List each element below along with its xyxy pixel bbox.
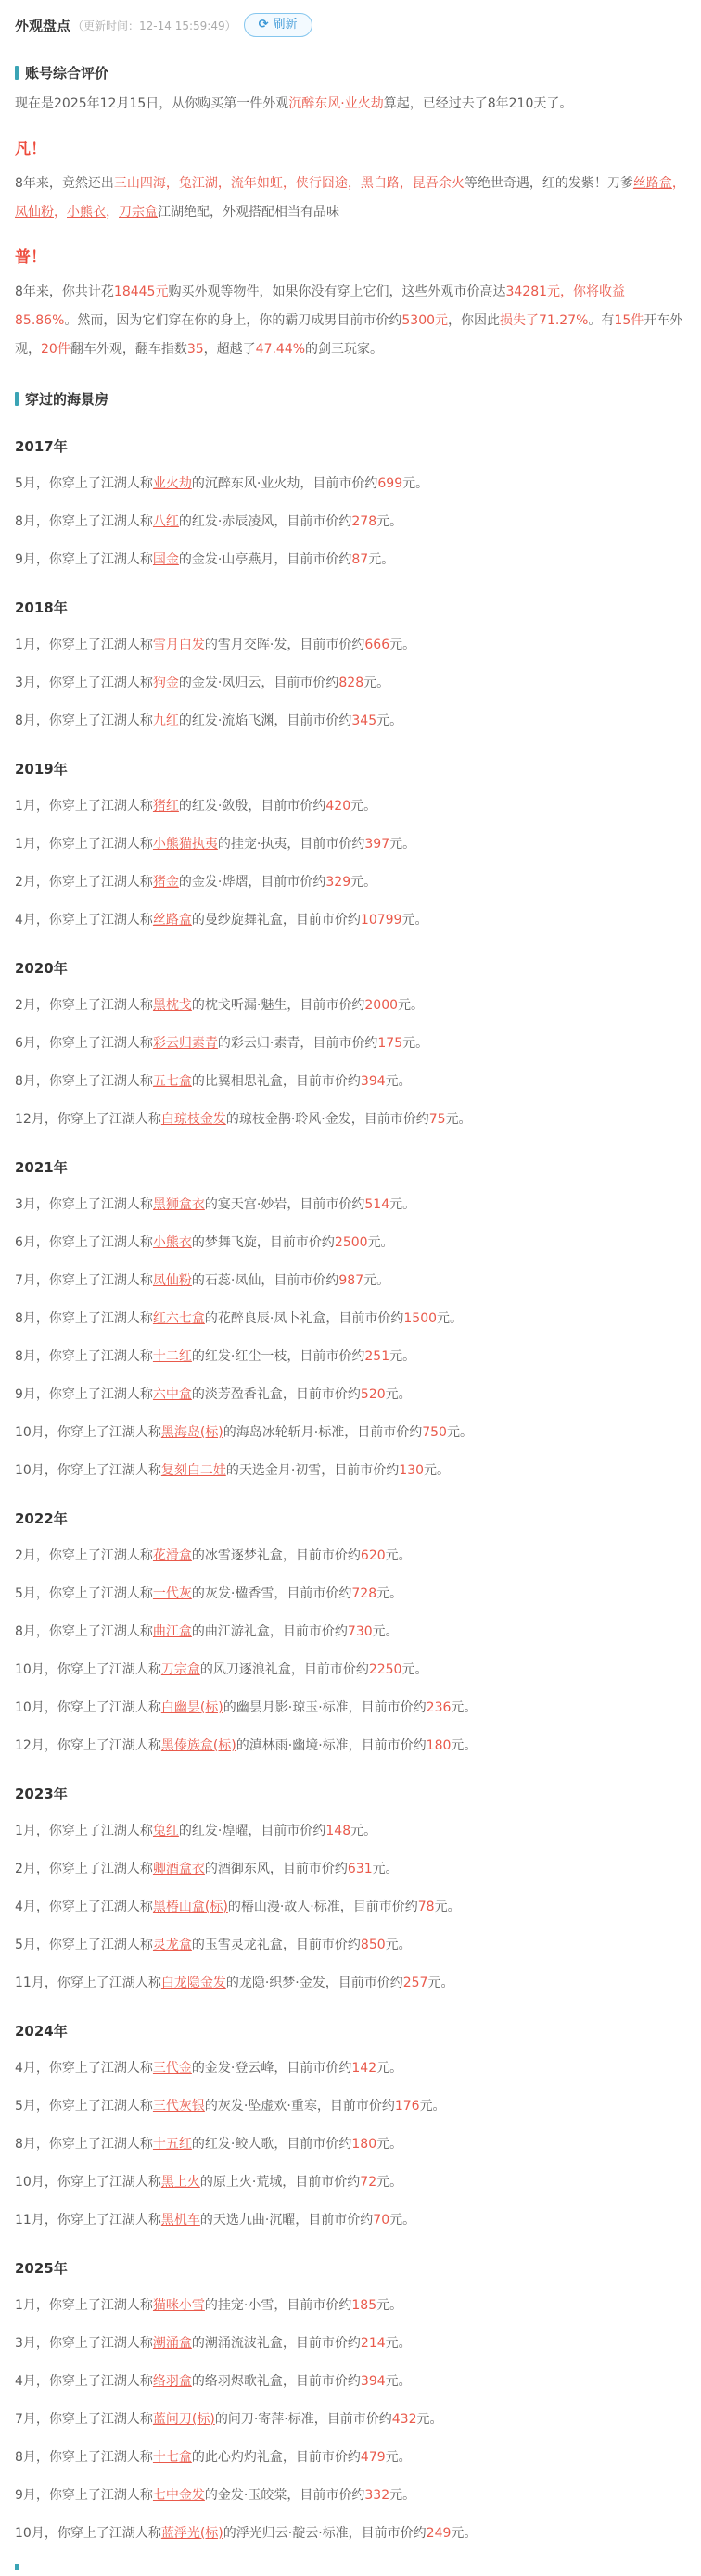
wardrobe-entry: 6月，你穿上了江湖人称彩云归素青的彩云归·素青，目前市价约175元。: [15, 1034, 686, 1054]
text: 9月，你穿上了江湖人称: [15, 1387, 153, 1402]
text: 的挂宠·小雪，目前市价约: [205, 2298, 351, 2313]
price-value: 142: [351, 2061, 376, 2076]
price-value: 420: [325, 799, 350, 814]
wardrobe-entry: 4月，你穿上了江湖人称黑椿山盒(标)的椿山漫·故人·标准，目前市价约78元。: [15, 1898, 686, 1917]
price-value: 214: [361, 2336, 386, 2351]
text: 3月，你穿上了江湖人称: [15, 1197, 153, 1212]
text: 的花醉良辰·凤卜礼盒，目前市价约: [205, 1311, 403, 1326]
text: 10月，你穿上了江湖人称: [15, 1662, 161, 1677]
price-value: 87: [351, 552, 368, 567]
evaluation-body: 现在是2025年12月15日，从你购买第一件外观沉醉东风·业火劫算起，已经过去了…: [15, 90, 686, 363]
price-value: 394: [361, 1074, 386, 1089]
text: 的红发·赤辰凌风，目前市价约: [179, 514, 351, 529]
text: 元。: [363, 676, 389, 690]
next-section-cutoff: [15, 2564, 686, 2570]
highlight-text: ，: [54, 205, 67, 220]
section-bar-icon: [15, 392, 19, 406]
text: 的天选金月·初雪，目前市价约: [226, 1463, 399, 1478]
text: 元。: [373, 1862, 399, 1876]
nickname-link[interactable]: 七中金发: [153, 2488, 205, 2503]
price-value: 329: [325, 875, 350, 890]
appearance-report-page: 外观盘点 （更新时间：12-14 15:59:49） ⟳ 刷新 账号综合评价 现…: [0, 0, 701, 2576]
nickname-link[interactable]: 络羽盒: [153, 2374, 192, 2389]
text: 元。: [386, 2336, 412, 2351]
nickname-link[interactable]: 三代金: [153, 2061, 192, 2076]
price-value: 1500: [403, 1311, 437, 1326]
text: 元。: [435, 1900, 461, 1914]
text: 6月，你穿上了江湖人称: [15, 1235, 153, 1250]
highlight-text: ，: [106, 205, 119, 220]
nickname-link[interactable]: 复刻白二娃: [161, 1463, 226, 1478]
price-value: 75: [429, 1112, 446, 1127]
wardrobe-entry: 9月，你穿上了江湖人称六中盒的淡芳盈香礼盒，目前市价约520元。: [15, 1385, 686, 1405]
text: 8月，你穿上了江湖人称: [15, 2450, 153, 2465]
evaluation-paragraph: 8年来，竟然还出三山四海，兔江湖，流年如虹，侠行囧途，黑白路，昆吾余火等绝世奇遇…: [15, 170, 686, 227]
text: 元。: [424, 1463, 450, 1478]
text: 4月，你穿上了江湖人称: [15, 2374, 153, 2389]
item-link[interactable]: 刀宗盒: [119, 205, 158, 220]
text: 元。: [389, 638, 415, 652]
text: 的红发·敛殷，目前市价约: [179, 799, 325, 814]
text: 的海岛冰轮斩月·标准，目前市价约: [223, 1425, 422, 1440]
refresh-button[interactable]: ⟳ 刷新: [244, 13, 312, 37]
wardrobe-entry: 8月，你穿上了江湖人称十二红的红发·红尘一枝，目前市价约251元。: [15, 1347, 686, 1367]
text: 的浮光归云·靛云·标准，目前市价约: [223, 2526, 427, 2541]
nickname-link[interactable]: 五七盒: [153, 1074, 192, 1089]
year-heading: 2022年: [15, 1509, 686, 1528]
text: 的彩云归·素青，目前市价约: [218, 1036, 377, 1051]
nickname-link[interactable]: 白龙隐金发: [161, 1976, 226, 1990]
nickname-link[interactable]: 丝路盒: [153, 913, 192, 928]
wardrobe-entry: 2月，你穿上了江湖人称卿酒盒衣的酒御东风，目前市价约631元。: [15, 1860, 686, 1879]
text: 现在是2025年12月15日，从你购买第一件外观: [15, 96, 288, 111]
price-value: 2500: [335, 1235, 368, 1250]
nickname-link[interactable]: 九红: [153, 713, 179, 728]
wardrobe-entry: 8月，你穿上了江湖人称五七盒的比翼相思礼盒，目前市价约394元。: [15, 1072, 686, 1092]
text: 元。: [451, 1738, 477, 1753]
text: 元。: [386, 1074, 412, 1089]
price-value: 432: [392, 2412, 417, 2427]
price-value: 520: [361, 1387, 386, 1402]
text: 2月，你穿上了江湖人称: [15, 1548, 153, 1563]
text: 翻车外观，翻车指数: [70, 342, 187, 357]
section-title-wardrobe: 穿过的海景房: [15, 389, 686, 409]
price-value: 332: [364, 2488, 389, 2503]
text: 8月，你穿上了江湖人称: [15, 1349, 153, 1364]
text: 的原上火·荒城，目前市价约: [200, 2175, 360, 2190]
nickname-link[interactable]: 白琼枝金发: [161, 1112, 226, 1127]
text: 元。: [368, 1235, 394, 1250]
nickname-link[interactable]: 灵龙盒: [153, 1938, 192, 1952]
text: 元。: [386, 2450, 412, 2465]
text: 元。: [389, 2488, 415, 2503]
wardrobe-entry: 5月，你穿上了江湖人称一代灰的灰发·楹香雪，目前市价约728元。: [15, 1585, 686, 1604]
text: 的沉醉东风·业火劫，目前市价约: [192, 476, 377, 491]
nickname-link[interactable]: 黑上火: [161, 2175, 200, 2190]
text: 的石蕊·凤仙，目前市价约: [192, 1273, 338, 1288]
text: 的宴天宫·妙岩，目前市价约: [205, 1197, 364, 1212]
wardrobe-entry: 9月，你穿上了江湖人称国金的金发·山亭燕月，目前市价约87元。: [15, 550, 686, 570]
nickname-link[interactable]: 国金: [153, 552, 179, 567]
section-bar-icon: [15, 2564, 19, 2570]
text: 10月，你穿上了江湖人称: [15, 2526, 161, 2541]
page-title: 外观盘点: [15, 16, 70, 35]
wardrobe-entry: 1月，你穿上了江湖人称兔红的红发·煌曜，目前市价约148元。: [15, 1822, 686, 1841]
wardrobe-entry: 8月，你穿上了江湖人称红六七盒的花醉良辰·凤卜礼盒，目前市价约1500元。: [15, 1309, 686, 1329]
nickname-link[interactable]: 凤仙粉: [153, 1273, 192, 1288]
wardrobe-entry: 12月，你穿上了江湖人称白琼枝金发的琼枝金鹊·聆风·金发，目前市价约75元。: [15, 1110, 686, 1130]
text: 元。: [389, 1349, 415, 1364]
text: 的红发·红尘一枝，目前市价约: [192, 1349, 364, 1364]
price-value: 72: [360, 2175, 376, 2190]
nickname-link[interactable]: 狗金: [153, 676, 179, 690]
evaluation-paragraph: 8年来，你共计花18445元购买外观等物件，如果你没有穿上它们，这些外观市价高达…: [15, 278, 686, 363]
text: 的灰发·楹香雪，目前市价约: [192, 1586, 351, 1601]
text: 12月，你穿上了江湖人称: [15, 1738, 161, 1753]
price-value: 176: [395, 2099, 420, 2114]
price-value: 251: [364, 1349, 389, 1364]
text: 的酒御东风，目前市价约: [205, 1862, 348, 1876]
text: 购买外观等物件，如果你没有穿上它们，这些外观市价高达: [168, 284, 505, 299]
nickname-link[interactable]: 八红: [153, 514, 179, 529]
nickname-link[interactable]: 蓝问刀(标): [153, 2412, 215, 2427]
nickname-link[interactable]: 十五红: [153, 2137, 192, 2152]
page-header: 外观盘点 （更新时间：12-14 15:59:49） ⟳ 刷新: [15, 13, 686, 37]
text: 8月，你穿上了江湖人称: [15, 1624, 153, 1639]
text: 的冰雪逐梦礼盒，目前市价约: [192, 1548, 361, 1563]
price-value: 257: [403, 1976, 428, 1990]
year-heading: 2017年: [15, 436, 686, 456]
price-value: 514: [364, 1197, 389, 1212]
text: 元。: [398, 998, 424, 1013]
price-value: 750: [422, 1425, 447, 1440]
text: 元。: [389, 2213, 415, 2228]
wardrobe-entry: 7月，你穿上了江湖人称凤仙粉的石蕊·凤仙，目前市价约987元。: [15, 1271, 686, 1291]
text: 8月，你穿上了江湖人称: [15, 1074, 153, 1089]
nickname-link[interactable]: 蓝浮光(标): [161, 2526, 223, 2541]
highlight-text: 18445元: [114, 284, 169, 299]
text: 元。: [350, 799, 376, 814]
price-value: 631: [348, 1862, 373, 1876]
wardrobe-entry: 9月，你穿上了江湖人称七中金发的金发·玉皎棠，目前市价约332元。: [15, 2486, 686, 2506]
text: 2月，你穿上了江湖人称: [15, 998, 153, 1013]
highlight-text: 47.44%: [256, 342, 305, 357]
wardrobe-entry: 3月，你穿上了江湖人称潮涌盒的潮涌流波礼盒，目前市价约214元。: [15, 2334, 686, 2354]
text: 的潮涌流波礼盒，目前市价约: [192, 2336, 361, 2351]
year-heading: 2025年: [15, 2258, 686, 2278]
text: 8年来，你共计花: [15, 284, 114, 299]
text: 元。: [437, 1311, 463, 1326]
text: 元。: [420, 2099, 446, 2114]
text: 元。: [386, 1387, 412, 1402]
price-value: 345: [351, 713, 376, 728]
item-link[interactable]: 凤仙粉: [15, 205, 54, 220]
text: 元。: [386, 1938, 412, 1952]
text: 的金发·凤归云，目前市价约: [179, 676, 338, 690]
highlight-text: 5300元: [401, 313, 448, 328]
price-value: 249: [427, 2526, 452, 2541]
section-title-evaluation: 账号综合评价: [15, 63, 686, 82]
price-value: 10799: [361, 913, 402, 928]
wardrobe-entry: 8月，你穿上了江湖人称九红的红发·流焰飞渊，目前市价约345元。: [15, 712, 686, 731]
text: 的金发·烨熠，目前市价约: [179, 875, 325, 890]
text: 元。: [417, 2412, 443, 2427]
text: 元。: [389, 1197, 415, 1212]
wardrobe-entry: 11月，你穿上了江湖人称黑机车的天选九曲·沉曜，目前市价约70元。: [15, 2211, 686, 2230]
wardrobe-entry: 8月，你穿上了江湖人称十七盒的此心灼灼礼盒，目前市价约479元。: [15, 2448, 686, 2468]
year-heading: 2018年: [15, 598, 686, 617]
text: 6月，你穿上了江湖人称: [15, 1036, 153, 1051]
price-value: 479: [361, 2450, 386, 2465]
wardrobe-entry: 2月，你穿上了江湖人称花滑盒的冰雪逐梦礼盒，目前市价约620元。: [15, 1547, 686, 1566]
text: 元。: [373, 1624, 399, 1639]
wardrobe-entry: 4月，你穿上了江湖人称三代金的金发·登云峰，目前市价约142元。: [15, 2059, 686, 2078]
text: 的金发·登云峰，目前市价约: [192, 2061, 351, 2076]
text: 算起，已经过去了8年210天了。: [384, 96, 573, 111]
text: 5月，你穿上了江湖人称: [15, 2099, 153, 2114]
nickname-link[interactable]: 猪红: [153, 799, 179, 814]
section-bar-icon: [15, 66, 19, 80]
text: 9月，你穿上了江湖人称: [15, 552, 153, 567]
wardrobe-entry: 2月，你穿上了江湖人称黑枕戈的枕戈听漏·魅生，目前市价约2000元。: [15, 996, 686, 1016]
wardrobe-entry: 5月，你穿上了江湖人称灵龙盒的玉雪灵龙礼盒，目前市价约850元。: [15, 1936, 686, 1955]
text: 元。: [363, 1273, 389, 1288]
text: 的玉雪灵龙礼盒，目前市价约: [192, 1938, 361, 1952]
text: 的曼纱旋舞礼盒，目前市价约: [192, 913, 361, 928]
nickname-link[interactable]: 猫咪小雪: [153, 2298, 205, 2313]
refresh-icon: ⟳: [259, 17, 269, 33]
wardrobe-entry: 4月，你穿上了江湖人称丝路盒的曼纱旋舞礼盒，目前市价约10799元。: [15, 911, 686, 930]
price-value: 70: [373, 2213, 389, 2228]
item-link[interactable]: 丝路盒: [633, 176, 672, 191]
highlight-text: ，: [672, 176, 685, 191]
price-value: 175: [377, 1036, 402, 1051]
text: 元。: [376, 2061, 402, 2076]
price-value: 2000: [364, 998, 398, 1013]
text: 元。: [446, 1112, 472, 1127]
text: 10月，你穿上了江湖人称: [15, 1425, 161, 1440]
text: 元。: [376, 2298, 402, 2313]
nickname-link[interactable]: 十七盒: [153, 2450, 192, 2465]
text: 的络羽烬歌礼盒，目前市价约: [192, 2374, 361, 2389]
price-value: 699: [377, 476, 402, 491]
grade-shout: 普！: [15, 246, 686, 271]
text: 8月，你穿上了江湖人称: [15, 1311, 153, 1326]
price-value: 180: [427, 1738, 452, 1753]
price-value: 828: [338, 676, 363, 690]
text: 。有: [588, 313, 614, 328]
nickname-link[interactable]: 六中盒: [153, 1387, 192, 1402]
text: 的幽昙月影·琼玉·标准，目前市价约: [223, 1700, 427, 1715]
text: 的灰发·坠虚欢·重寒，目前市价约: [205, 2099, 395, 2114]
text: 3月，你穿上了江湖人称: [15, 2336, 153, 2351]
nickname-link[interactable]: 彩云归素青: [153, 1036, 218, 1051]
nickname-link[interactable]: 一代灰: [153, 1586, 192, 1601]
nickname-link[interactable]: 黑机车: [161, 2213, 200, 2228]
year-heading: 2023年: [15, 1784, 686, 1803]
text: 10月，你穿上了江湖人称: [15, 1700, 161, 1715]
text: 的梦舞飞旋，目前市价约: [192, 1235, 335, 1250]
year-heading: 2019年: [15, 759, 686, 778]
price-value: 730: [348, 1624, 373, 1639]
text: ，超越了: [204, 342, 256, 357]
text: ，你因此: [448, 313, 500, 328]
nickname-link[interactable]: 白幽昙(标): [161, 1700, 223, 1715]
text: 的剑三玩家。: [305, 342, 383, 357]
text: 1月，你穿上了江湖人称: [15, 638, 153, 652]
wardrobe-entry: 8月，你穿上了江湖人称十五红的红发·鲛人歌，目前市价约180元。: [15, 2135, 686, 2154]
text: 的挂宠·执夷，目前市价约: [218, 837, 364, 852]
wardrobe-entry: 10月，你穿上了江湖人称白幽昙(标)的幽昙月影·琼玉·标准，目前市价约236元。: [15, 1698, 686, 1718]
wardrobe-body: 2017年5月，你穿上了江湖人称业火劫的沉醉东风·业火劫，目前市价约699元。8…: [15, 436, 686, 2544]
text: 的红发·流焰飞渊，目前市价约: [179, 713, 351, 728]
text: 的金发·山亭燕月，目前市价约: [179, 552, 351, 567]
highlight-text: 三山四海，兔江湖，流年如虹，侠行囧途，黑白路，昆吾余火: [114, 176, 465, 191]
nickname-link[interactable]: 业火劫: [153, 476, 192, 491]
section-title-evaluation-label: 账号综合评价: [25, 63, 108, 82]
wardrobe-entry: 1月，你穿上了江湖人称猫咪小雪的挂宠·小雪，目前市价约185元。: [15, 2296, 686, 2316]
text: 1月，你穿上了江湖人称: [15, 799, 153, 814]
price-value: 987: [338, 1273, 363, 1288]
price-value: 666: [364, 638, 389, 652]
highlight-text: 35: [187, 342, 204, 357]
wardrobe-entry: 1月，你穿上了江湖人称小熊猫执夷的挂宠·执夷，目前市价约397元。: [15, 835, 686, 854]
nickname-link[interactable]: 花滑盒: [153, 1548, 192, 1563]
text: 2月，你穿上了江湖人称: [15, 875, 153, 890]
nickname-link[interactable]: 猪金: [153, 875, 179, 890]
update-time: （更新时间：12-14 15:59:49）: [72, 18, 236, 33]
text: 元。: [376, 2175, 402, 2190]
price-value: 130: [399, 1463, 424, 1478]
text: 的曲江游礼盒，目前市价约: [192, 1624, 348, 1639]
text: 4月，你穿上了江湖人称: [15, 913, 153, 928]
text: 江湖绝配，外观搭配相当有品味: [158, 205, 339, 220]
text: 4月，你穿上了江湖人称: [15, 1900, 153, 1914]
nickname-link[interactable]: 黑枕戈: [153, 998, 192, 1013]
wardrobe-entry: 7月，你穿上了江湖人称蓝问刀(标)的问刀·寄萍·标准，目前市价约432元。: [15, 2410, 686, 2430]
nickname-link[interactable]: 兔红: [153, 1824, 179, 1838]
text: 的枕戈听漏·魅生，目前市价约: [192, 998, 364, 1013]
price-value: 397: [364, 837, 389, 852]
wardrobe-entry: 10月，你穿上了江湖人称刀宗盒的风刀逐浪礼盒，目前市价约2250元。: [15, 1661, 686, 1680]
wardrobe-entry: 10月，你穿上了江湖人称复刻白二娃的天选金月·初雪，目前市价约130元。: [15, 1461, 686, 1481]
wardrobe-entry: 10月，你穿上了江湖人称蓝浮光(标)的浮光归云·靛云·标准，目前市价约249元。: [15, 2524, 686, 2544]
text: 元。: [401, 913, 427, 928]
price-value: 620: [361, 1548, 386, 1563]
year-heading: 2024年: [15, 2021, 686, 2040]
nickname-link[interactable]: 小熊衣: [153, 1235, 192, 1250]
text: 4月，你穿上了江湖人称: [15, 2061, 153, 2076]
text: 2月，你穿上了江湖人称: [15, 1862, 153, 1876]
text: 3月，你穿上了江湖人称: [15, 676, 153, 690]
text: 11月，你穿上了江湖人称: [15, 2213, 161, 2228]
text: 元。: [376, 1586, 402, 1601]
text: 元。: [401, 1662, 427, 1677]
text: 5月，你穿上了江湖人称: [15, 476, 153, 491]
text: 的红发·煌曜，目前市价约: [179, 1824, 325, 1838]
text: 的金发·玉皎棠，目前市价约: [205, 2488, 364, 2503]
text: 1月，你穿上了江湖人称: [15, 2298, 153, 2313]
text: 5月，你穿上了江湖人称: [15, 1938, 153, 1952]
price-value: 394: [361, 2374, 386, 2389]
text: 元。: [402, 1036, 428, 1051]
nickname-link[interactable]: 刀宗盒: [161, 1662, 200, 1677]
year-heading: 2021年: [15, 1157, 686, 1177]
price-value: 278: [351, 514, 376, 529]
text: 1月，你穿上了江湖人称: [15, 837, 153, 852]
nickname-link[interactable]: 黑狮盒衣: [153, 1197, 205, 1212]
text: 的滇林雨·幽境·标准，目前市价约: [236, 1738, 427, 1753]
evaluation-paragraph: 现在是2025年12月15日，从你购买第一件外观沉醉东风·业火劫算起，已经过去了…: [15, 90, 686, 119]
wardrobe-entry: 10月，你穿上了江湖人称黑海岛(标)的海岛冰轮斩月·标准，目前市价约750元。: [15, 1423, 686, 1443]
highlight-text: 20件: [41, 342, 70, 357]
text: 元。: [447, 1425, 473, 1440]
wardrobe-entry: 5月，你穿上了江湖人称三代灰银的灰发·坠虚欢·重寒，目前市价约176元。: [15, 2097, 686, 2116]
wardrobe-entry: 1月，你穿上了江湖人称雪月白发的雪月交晖·发，目前市价约666元。: [15, 636, 686, 655]
text: 的天选九曲·沉曜，目前市价约: [200, 2213, 373, 2228]
text: 8月，你穿上了江湖人称: [15, 713, 153, 728]
text: 7月，你穿上了江湖人称: [15, 2412, 153, 2427]
nickname-link[interactable]: 红六七盒: [153, 1311, 205, 1326]
wardrobe-entry: 1月，你穿上了江湖人称猪红的红发·敛殷，目前市价约420元。: [15, 797, 686, 816]
text: 的此心灼灼礼盒，目前市价约: [192, 2450, 361, 2465]
text: 10月，你穿上了江湖人称: [15, 1463, 161, 1478]
text: 元。: [368, 552, 394, 567]
text: 元。: [376, 713, 402, 728]
price-value: 728: [351, 1586, 376, 1601]
text: 元。: [389, 837, 415, 852]
highlight-text: 沉醉东风·业火劫: [288, 96, 383, 111]
nickname-link[interactable]: 潮涌盒: [153, 2336, 192, 2351]
text: 8年来，竟然还出: [15, 176, 114, 191]
text: 5月，你穿上了江湖人称: [15, 1586, 153, 1601]
highlight-text: 15件: [614, 313, 644, 328]
wardrobe-entry: 11月，你穿上了江湖人称白龙隐金发的龙隐·织梦·金发，目前市价约257元。: [15, 1974, 686, 1993]
text: 12月，你穿上了江湖人称: [15, 1112, 161, 1127]
price-value: 78: [418, 1900, 435, 1914]
text: 1月，你穿上了江湖人称: [15, 1824, 153, 1838]
text: 的风刀逐浪礼盒，目前市价约: [200, 1662, 369, 1677]
text: 的问刀·寄萍·标准，目前市价约: [215, 2412, 392, 2427]
text: 元。: [451, 2526, 477, 2541]
nickname-link[interactable]: 十二红: [153, 1349, 192, 1364]
text: 。然而，因为它们穿在你的身上，你的霸刀成男目前市价约: [64, 313, 401, 328]
item-link[interactable]: 小熊衣: [67, 205, 106, 220]
wardrobe-entry: 3月，你穿上了江湖人称狗金的金发·凤归云，目前市价约828元。: [15, 674, 686, 693]
price-value: 2250: [369, 1662, 402, 1677]
nickname-link[interactable]: 三代灰银: [153, 2099, 205, 2114]
nickname-link[interactable]: 黑傣族盒(标): [161, 1738, 236, 1753]
nickname-link[interactable]: 卿酒盒衣: [153, 1862, 205, 1876]
nickname-link[interactable]: 雪月白发: [153, 638, 205, 652]
price-value: 185: [351, 2298, 376, 2313]
text: 元。: [451, 1700, 477, 1715]
text: 等绝世奇遇，红的发紫！刀爹: [465, 176, 633, 191]
text: 的琼枝金鹊·聆风·金发，目前市价约: [226, 1112, 429, 1127]
text: 的椿山漫·故人·标准，目前市价约: [228, 1900, 418, 1914]
nickname-link[interactable]: 黑海岛(标): [161, 1425, 223, 1440]
nickname-link[interactable]: 小熊猫执夷: [153, 837, 218, 852]
text: 元。: [386, 1548, 412, 1563]
text: 的龙隐·织梦·金发，目前市价约: [226, 1976, 403, 1990]
nickname-link[interactable]: 黑椿山盒(标): [153, 1900, 228, 1914]
wardrobe-entry: 8月，你穿上了江湖人称曲江盒的曲江游礼盒，目前市价约730元。: [15, 1623, 686, 1642]
text: 7月，你穿上了江湖人称: [15, 1273, 153, 1288]
wardrobe-entry: 8月，你穿上了江湖人称八红的红发·赤辰凌风，目前市价约278元。: [15, 512, 686, 532]
nickname-link[interactable]: 曲江盒: [153, 1624, 192, 1639]
text: 元。: [350, 875, 376, 890]
text: 9月，你穿上了江湖人称: [15, 2488, 153, 2503]
